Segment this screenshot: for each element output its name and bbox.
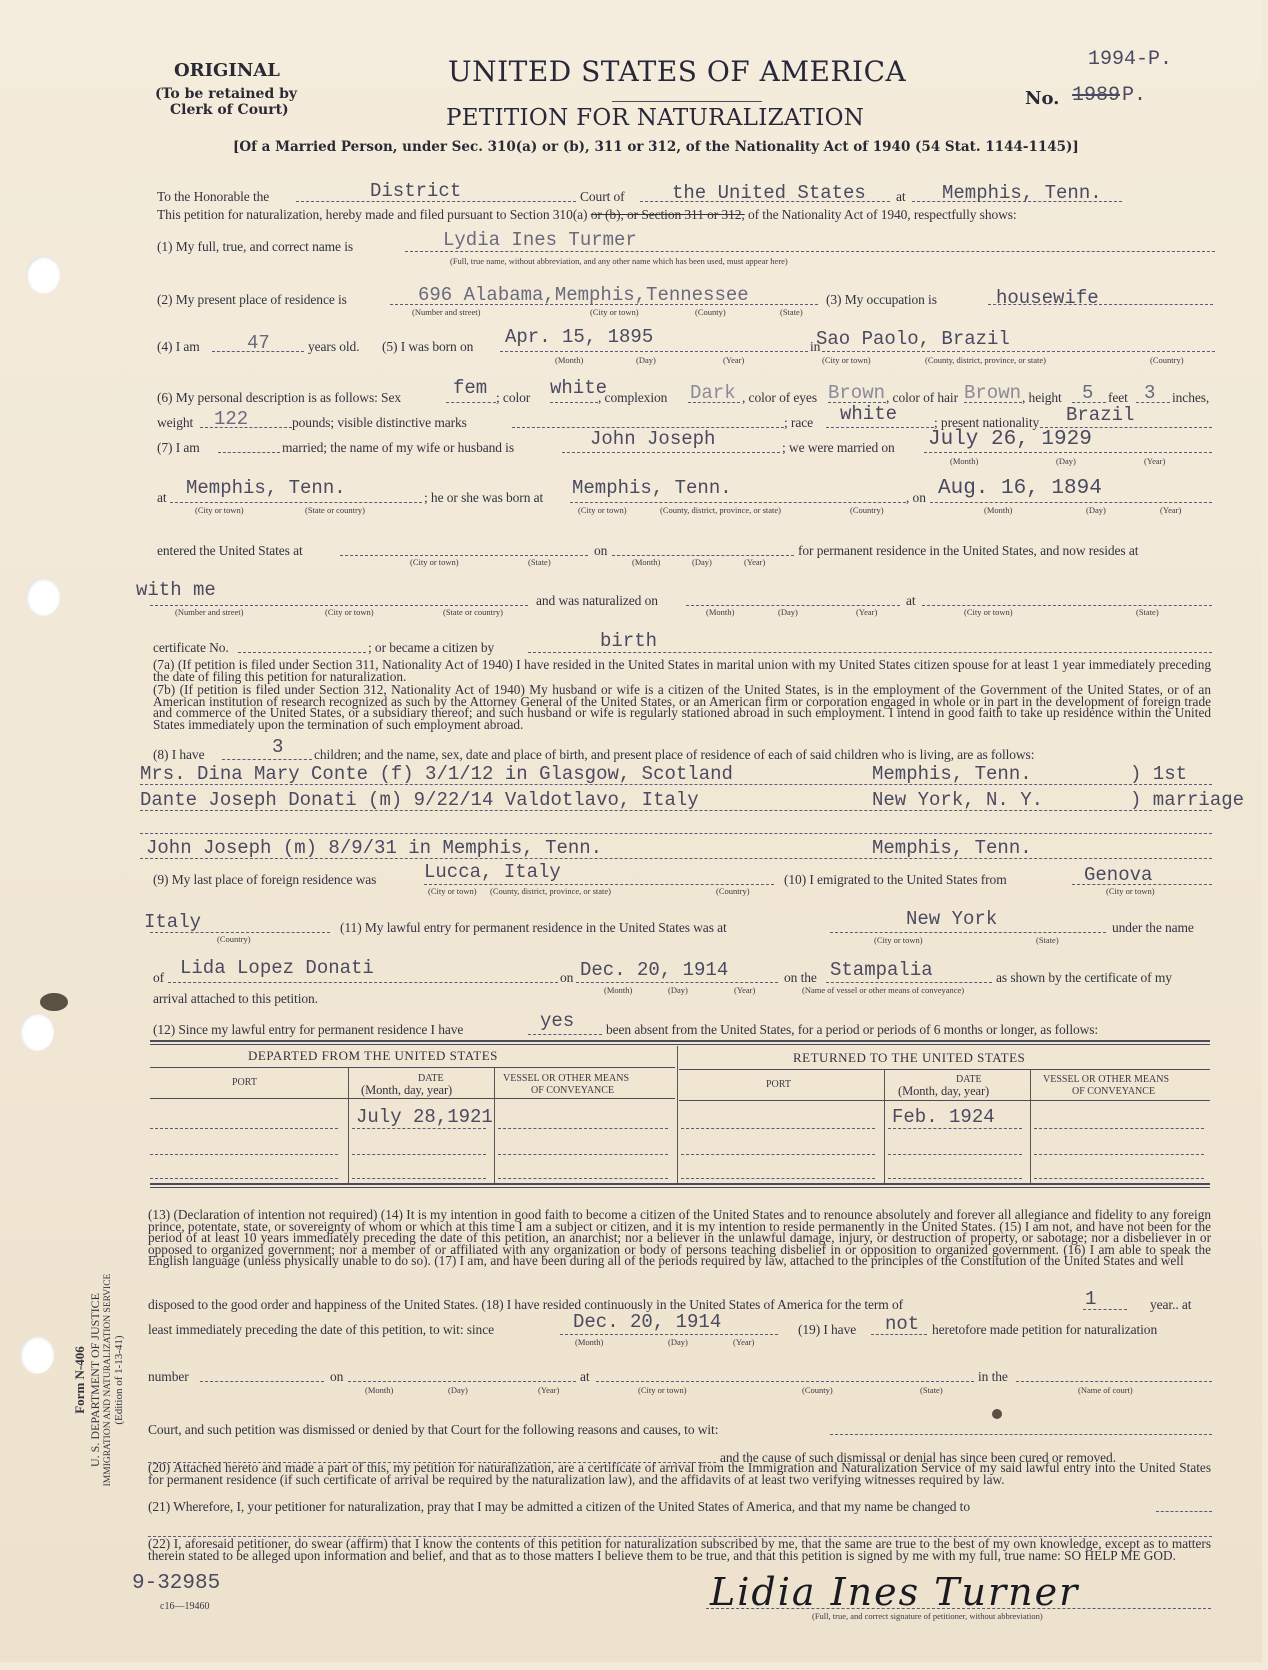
section-7b: (7b) (If petition is filed under Section… — [153, 684, 1211, 730]
retained-note: Clerk of Court) — [170, 102, 289, 118]
col-date-sub: (Month, day, year) — [898, 1084, 989, 1099]
since-label: least immediately preceding the date of … — [148, 1322, 494, 1338]
col-vessel: VESSEL OR OTHER MEANS — [1043, 1074, 1169, 1085]
section-7a: (7a) (If petition is filed under Section… — [153, 659, 1211, 682]
table-rule — [150, 1187, 1210, 1188]
field-line — [930, 502, 1212, 503]
under-name-label: under the name — [1112, 920, 1194, 936]
q19-label: (19) I have — [798, 1322, 856, 1338]
table-cell-line — [888, 1128, 1022, 1129]
spouse-residence-field[interactable]: with me — [136, 579, 216, 601]
caption: (State or country) — [443, 607, 503, 617]
punch-hole — [26, 256, 60, 294]
field-line — [528, 1034, 602, 1035]
occupation-field[interactable]: housewife — [996, 287, 1099, 309]
height-inches-field[interactable]: 3 — [1144, 382, 1155, 404]
caption: (Country) — [217, 934, 251, 944]
field-line — [560, 1334, 778, 1335]
caption: (Month) — [604, 985, 632, 995]
years-old-label: years old. — [308, 339, 359, 355]
field-line — [405, 251, 1215, 252]
col-port: PORT — [766, 1079, 791, 1090]
table-rule — [679, 1069, 1210, 1070]
caption: (City or town) — [964, 607, 1013, 617]
nationality-field[interactable]: Brazil — [1066, 404, 1134, 426]
court-of-label: Court of — [580, 189, 625, 205]
child-note: ) marriage — [1130, 789, 1244, 811]
service-name: IMMIGRATION AND NATURALIZATION SERVICE — [103, 1260, 113, 1500]
punch-hole — [20, 1336, 54, 1374]
caption: (State) — [528, 557, 551, 567]
field-line — [238, 652, 366, 653]
hair-field[interactable]: Brown — [964, 382, 1021, 404]
caption: (Year) — [733, 1337, 754, 1347]
table-divider — [884, 1069, 885, 1183]
on-label: , on — [906, 490, 926, 506]
caption: (City or town) — [590, 307, 639, 317]
court-type[interactable]: District — [370, 180, 461, 202]
caption: (Month) — [706, 607, 734, 617]
q1-label: (1) My full, true, and correct name is — [157, 239, 353, 255]
child-note: ) 1st — [1130, 763, 1187, 785]
marks-label: pounds; visible distinctive marks — [292, 415, 467, 431]
q18-suffix: year.. at — [1150, 1297, 1191, 1313]
caption: (Month) — [555, 355, 583, 365]
complexion-field[interactable]: Dark — [690, 382, 736, 404]
caption: (State) — [780, 307, 803, 317]
print-code: c16—19460 — [160, 1601, 209, 1612]
field-line — [222, 759, 312, 760]
field-line — [340, 555, 588, 556]
complexion-label: , complexion — [598, 390, 667, 406]
married-label: married; the name of my wife or husband … — [282, 440, 514, 456]
intro-line: This petition for naturalization, hereby… — [157, 207, 1017, 223]
number-label: number — [148, 1369, 189, 1385]
caption: (Name of court) — [1078, 1385, 1133, 1395]
caption: (Day) — [692, 557, 712, 567]
caption: (Year) — [734, 985, 755, 995]
file-number: 9-32985 — [132, 1572, 220, 1595]
field-line — [596, 1381, 974, 1382]
col-port: PORT — [232, 1077, 257, 1088]
field-line — [830, 932, 1106, 933]
race-label: ; race — [784, 415, 813, 431]
shown-label: as shown by the certificate of my — [996, 970, 1172, 986]
caption: (Year) — [856, 607, 877, 617]
of-label: of — [153, 970, 164, 986]
side-form-label: Form N-406 U. S. DEPARTMENT OF JUSTICE I… — [72, 1260, 125, 1500]
field-line — [348, 1381, 576, 1382]
birth-date-field[interactable]: Apr. 15, 1895 — [505, 326, 653, 348]
caption: (City or town) — [822, 355, 871, 365]
caption: (Year) — [723, 355, 744, 365]
table-divider — [677, 1046, 678, 1183]
departed-header: DEPARTED FROM THE UNITED STATES — [248, 1048, 498, 1064]
child-details[interactable]: John Joseph (m) 8/9/31 in Memphis, Tenn. — [146, 837, 602, 859]
naturalized-label: and was naturalized on — [536, 593, 658, 609]
petition-document: ORIGINAL (To be retained by Clerk of Cou… — [0, 0, 1262, 1662]
q9-label: (9) My last place of foreign residence w… — [153, 872, 376, 888]
table-cell-line — [681, 1178, 875, 1179]
field-line — [218, 452, 280, 453]
punch-hole — [26, 578, 60, 616]
table-cell-line — [888, 1154, 1022, 1155]
table-divider — [348, 1068, 349, 1183]
table-cell-line — [352, 1154, 486, 1155]
caption: (County, district, province, or state) — [490, 886, 611, 896]
caption: (City or town) — [638, 1385, 687, 1395]
q6-label: (6) My personal description is as follow… — [157, 390, 401, 406]
child-residence[interactable]: Memphis, Tenn. — [872, 763, 1032, 785]
petition-number-suffix: P. — [1122, 84, 1146, 107]
original-label: ORIGINAL — [174, 60, 280, 81]
arrival-label: arrival attached to this petition. — [153, 991, 318, 1007]
full-name-field[interactable]: Lydia Ines Turmer — [443, 229, 637, 251]
retained-note: (To be retained by — [155, 86, 297, 102]
caption: (City or town) — [1106, 886, 1155, 896]
spouse-birthplace-field[interactable]: Memphis, Tenn. — [572, 477, 732, 499]
child-details[interactable]: Dante Joseph Donati (m) 9/22/14 Valdotla… — [140, 789, 699, 811]
table-cell-line — [1034, 1154, 1204, 1155]
declarations-13-17: (13) (Declaration of intention not requi… — [148, 1209, 1211, 1267]
section-20: (20) Attached hereto and made a part of … — [148, 1462, 1211, 1485]
marriage-place-field[interactable]: Memphis, Tenn. — [186, 477, 346, 499]
field-line — [1156, 1511, 1212, 1512]
table-divider — [494, 1068, 495, 1183]
field-line — [168, 982, 558, 983]
at-label: at — [896, 189, 906, 205]
caption: (County, district, province, or state) — [925, 355, 1046, 365]
caption: (State or country) — [305, 505, 365, 515]
caption: (Month) — [365, 1385, 393, 1395]
residence-field[interactable]: 696 Alabama,Memphis,Tennessee — [418, 284, 749, 306]
field-line — [924, 452, 1212, 453]
caption: (Day) — [448, 1385, 468, 1395]
caption: (State) — [1036, 935, 1059, 945]
q8-label: (8) I have — [153, 747, 204, 763]
since-date-field[interactable]: Dec. 20, 1914 — [573, 1311, 721, 1333]
table-cell-line — [352, 1178, 486, 1179]
q5-label: (5) I was born on — [382, 339, 473, 355]
q3-label: (3) My occupation is — [826, 292, 937, 308]
vessel-field[interactable]: Stampalia — [830, 959, 933, 981]
title-divider — [612, 101, 762, 102]
field-line — [826, 982, 992, 983]
field-line — [612, 555, 794, 556]
entry-name-field[interactable]: Lida Lopez Donati — [180, 957, 374, 979]
last-foreign-residence-field[interactable]: Lucca, Italy — [424, 861, 561, 883]
table-cell-line — [888, 1178, 1022, 1179]
emigrated-from-country-field[interactable]: Italy — [144, 911, 201, 933]
field-line — [446, 402, 496, 403]
number-label: No. — [1025, 88, 1059, 109]
caption: (Day) — [636, 355, 656, 365]
court-name[interactable]: the United States — [672, 182, 866, 204]
entered-on-label: on — [594, 543, 607, 559]
caption: (Year) — [744, 557, 765, 567]
age-field[interactable]: 47 — [247, 332, 270, 354]
col-date-sub: (Month, day, year) — [361, 1083, 452, 1098]
section-21: (21) Wherefore, I, your petitioner for n… — [148, 1499, 970, 1515]
struck-text: or (b), or Section 311 or 312, — [591, 207, 745, 222]
q19-suffix: heretofore made petition for naturalizat… — [932, 1322, 1157, 1338]
col-vessel: VESSEL OR OTHER MEANS — [503, 1073, 629, 1084]
edition-label: (Edition of 1-13-41) — [113, 1260, 125, 1500]
caption: (City or town) — [428, 886, 477, 896]
caption: (Country) — [1150, 355, 1184, 365]
document-title: UNITED STATES OF AMERICA — [448, 55, 906, 88]
at-label: at — [580, 1369, 590, 1385]
caption: (Country) — [716, 886, 750, 896]
weight-field[interactable]: 122 — [214, 408, 248, 430]
caption: (City or town) — [195, 505, 244, 515]
q1-caption: (Full, true name, without abbreviation, … — [450, 256, 788, 266]
caption: (Month) — [950, 456, 978, 466]
col-vessel-sub: OF CONVEYANCE — [1072, 1086, 1155, 1097]
caption: (Year) — [1144, 456, 1165, 466]
document-subtitle: PETITION FOR NATURALIZATION — [446, 105, 864, 131]
height-label: , height — [1022, 390, 1062, 406]
eyes-label: , color of eyes — [742, 390, 817, 406]
field-line — [200, 1381, 324, 1382]
court-location[interactable]: Memphis, Tenn. — [942, 182, 1102, 204]
intro-text-end: of the Nationality Act of 1940, respectf… — [748, 207, 1017, 222]
table-cell-line — [498, 1178, 668, 1179]
residence-years-field[interactable]: 1 — [1085, 1288, 1096, 1310]
caption: (County) — [695, 307, 726, 317]
children-label: children; and the name, sex, date and pl… — [314, 747, 1034, 763]
caption: (Day) — [778, 607, 798, 617]
intro-text: This petition for naturalization, hereby… — [157, 207, 587, 222]
caption: (Year) — [1160, 505, 1181, 515]
returned-header: RETURNED TO THE UNITED STATES — [793, 1050, 1025, 1066]
ink-stain — [992, 1409, 1002, 1419]
ink-stain — [40, 993, 68, 1011]
q18-label: disposed to the good order and happiness… — [148, 1297, 903, 1313]
entered-label: entered the United States at — [157, 543, 303, 559]
eyes-field[interactable]: Brown — [828, 382, 885, 404]
field-line — [570, 502, 906, 503]
absent-field[interactable]: yes — [540, 1010, 574, 1032]
caption: (Day) — [668, 985, 688, 995]
height-feet-field[interactable]: 5 — [1082, 382, 1093, 404]
certificate-label: certificate No. — [153, 640, 229, 656]
caption: (City or town) — [874, 935, 923, 945]
field-line — [424, 884, 774, 885]
field-line — [500, 351, 808, 352]
caption: (Country) — [850, 505, 884, 515]
petition-number-struck: 1989 — [1072, 84, 1120, 107]
nat-at-label: at — [906, 593, 916, 609]
field-line — [576, 982, 778, 983]
table-cell-line — [1034, 1128, 1204, 1129]
became-label: ; or became a citizen by — [368, 640, 494, 656]
in-the-label: in the — [978, 1369, 1008, 1385]
q11-label: (11) My lawful entry for permanent resid… — [340, 920, 727, 936]
signature-line — [706, 1608, 1211, 1609]
field-line — [150, 605, 528, 606]
department-name: U. S. DEPARTMENT OF JUSTICE — [88, 1260, 103, 1500]
field-line — [550, 402, 598, 403]
caption: (Day) — [1056, 456, 1076, 466]
table-cell-line — [150, 1154, 338, 1155]
field-line — [686, 605, 900, 606]
caption: (Month) — [984, 505, 1012, 515]
table-rule — [150, 1183, 1210, 1185]
child-residence[interactable]: New York, N. Y. — [872, 789, 1043, 811]
caption: (State) — [920, 1385, 943, 1395]
at-label: at — [157, 490, 167, 506]
punch-hole — [20, 1013, 54, 1051]
table-rule — [679, 1100, 1210, 1101]
q2-label: (2) My present place of residence is — [157, 292, 347, 308]
table-cell-line — [150, 1178, 338, 1179]
field-line — [922, 605, 1212, 606]
caption: (City or town) — [578, 505, 627, 515]
table-cell[interactable]: Feb. 1924 — [892, 1106, 995, 1128]
table-rule — [150, 1067, 675, 1068]
table-cell-line — [498, 1128, 668, 1129]
table-cell-line — [1034, 1178, 1204, 1179]
field-line — [140, 833, 1212, 834]
caption: (City or town) — [410, 557, 459, 567]
table-cell-line — [352, 1128, 486, 1129]
child-details[interactable]: Mrs. Dina Mary Conte (f) 3/1/12 in Glasg… — [140, 763, 733, 785]
signature-caption: (Full, true, and correct signature of pe… — [812, 1611, 1043, 1621]
child-residence[interactable]: Memphis, Tenn. — [872, 837, 1032, 859]
inches-label: inches, — [1172, 390, 1209, 406]
caption: (Number and street) — [412, 307, 480, 317]
field-line — [150, 932, 330, 933]
emigrated-from-city-field[interactable]: Genova — [1084, 864, 1152, 886]
table-cell[interactable]: July 28,1921 — [356, 1106, 493, 1128]
spouse-birth-date-field[interactable]: Aug. 16, 1894 — [938, 477, 1102, 500]
petition-number: 1994-P. — [1088, 48, 1172, 71]
spouse-born-label: ; he or she was born at — [424, 490, 543, 506]
col-vessel-sub: OF CONVEYANCE — [531, 1085, 614, 1096]
to-label: To the Honorable the — [157, 189, 269, 205]
on-the-label: on the — [784, 970, 817, 986]
table-cell-line — [498, 1154, 668, 1155]
spouse-name-field[interactable]: John Joseph — [590, 428, 715, 450]
section-22: (22) I, aforesaid petitioner, do swear (… — [148, 1538, 1211, 1561]
race-field[interactable]: white — [840, 403, 897, 425]
marriage-date-field[interactable]: July 26, 1929 — [928, 428, 1092, 451]
weight-label: weight — [157, 415, 193, 431]
q12-label: (12) Since my lawful entry for permanent… — [153, 1022, 463, 1038]
table-cell-line — [150, 1128, 338, 1129]
caption: (Year) — [538, 1385, 559, 1395]
q10-label: (10) I emigrated to the United States fr… — [784, 872, 1007, 888]
field-line — [1016, 1381, 1212, 1382]
form-number: Form N-406 — [72, 1260, 88, 1500]
prior-petition-field[interactable]: not — [885, 1313, 919, 1335]
on-label: on — [560, 970, 573, 986]
sex-field[interactable]: fem — [453, 377, 487, 399]
field-line — [830, 1434, 1212, 1435]
field-line — [170, 502, 422, 503]
caption: (Number and street) — [175, 607, 243, 617]
on-label: on — [330, 1369, 343, 1385]
children-count-field[interactable]: 3 — [272, 736, 283, 758]
field-line — [562, 452, 780, 453]
act-note: [Of a Married Person, under Sec. 310(a) … — [233, 139, 1079, 155]
field-line — [826, 427, 934, 428]
entry-place-field[interactable]: New York — [906, 908, 997, 930]
q12-suffix: been absent from the United States, for … — [606, 1022, 1098, 1038]
q4-label: (4) I am — [157, 339, 200, 355]
court-dismissed-label: Court, and such petition was dismissed o… — [148, 1422, 718, 1438]
caption: (Month) — [575, 1337, 603, 1347]
caption: (County) — [802, 1385, 833, 1395]
citizen-by-field[interactable]: birth — [600, 630, 657, 652]
permanent-label: for permanent residence in the United St… — [798, 543, 1138, 559]
table-rule — [150, 1044, 1210, 1045]
caption: (Day) — [1086, 505, 1106, 515]
q7-label: (7) I am — [157, 440, 200, 456]
table-divider — [1030, 1069, 1031, 1183]
table-cell-line — [681, 1154, 875, 1155]
caption: (Day) — [668, 1337, 688, 1347]
table-rule — [150, 1098, 675, 1099]
caption: (Month) — [632, 557, 660, 567]
table-cell-line — [681, 1128, 875, 1129]
entry-date-field[interactable]: Dec. 20, 1914 — [580, 959, 728, 981]
married-on-label: ; we were married on — [782, 440, 895, 456]
field-line — [528, 652, 1212, 653]
caption: (Name of vessel or other means of convey… — [802, 985, 964, 995]
table-rule — [150, 1040, 1210, 1042]
field-line — [822, 351, 1215, 352]
color-label: ; color — [496, 390, 530, 406]
caption: (County, district, province, or state) — [660, 505, 781, 515]
caption: (State) — [1136, 607, 1159, 617]
birth-place-field[interactable]: Sao Paolo, Brazil — [816, 328, 1010, 350]
caption: (City or town) — [325, 607, 374, 617]
